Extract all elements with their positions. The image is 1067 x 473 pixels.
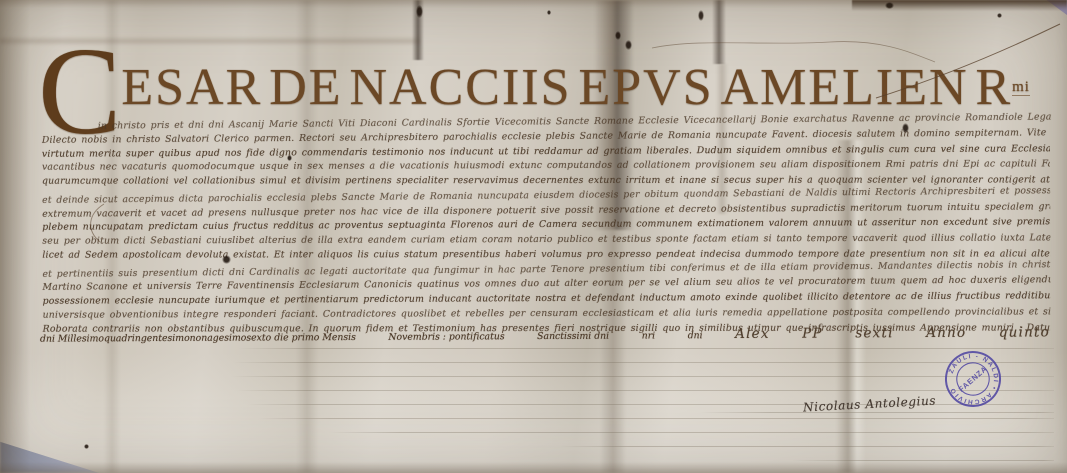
ruled-line: [259, 418, 1054, 419]
stamp-center-text: FAENZA: [957, 364, 989, 394]
ruled-line: [792, 460, 1054, 461]
dateline-segment: nri: [642, 330, 655, 341]
ruled-line: [700, 412, 1054, 413]
ruled-line: [236, 390, 1054, 391]
archive-stamp: ZAULI - NALDI • ARCHIVIO FAENZA: [939, 345, 1008, 414]
dateline-segment: Alex: [735, 326, 770, 342]
manuscript-text-line: universisque obventionibus integre respo…: [43, 307, 1051, 320]
dateline-segment: dni: [688, 330, 703, 341]
dateline-segment: PP: [802, 326, 823, 342]
dateline-segment: dni Millesimoquadringentesimononagesimos…: [40, 332, 356, 345]
dateline-segment: Anno: [926, 325, 966, 341]
dateline-segment: Novembris : pontificatus: [388, 331, 504, 343]
ruled-line: [560, 446, 1054, 447]
manuscript-text-line: vacantibus nec vacaturis quomodocumque u…: [42, 160, 1050, 173]
dateline-segment: sexti: [855, 325, 893, 341]
manuscript-text-line: seu per obitum dicti Sebastiani cuiuslib…: [42, 233, 1050, 246]
dateline-segment: Sanctissimi dni: [537, 331, 609, 342]
manuscript-text-line: plebem nuncupatam predictam cuius fructu…: [42, 218, 1050, 233]
ruled-line: [231, 376, 1054, 377]
manuscript-body: in christo pris et dni dni Ascanij Marie…: [39, 0, 1053, 350]
manuscript-text-line: licet ad Sedem apostolicam devoluta exis…: [42, 249, 1050, 260]
ruled-line: [330, 432, 1054, 433]
manuscript-text-line: possessionem ecclesie nuncupate iuriumqu…: [43, 291, 1051, 306]
manuscript-text-line: virtutum merita super quibus apud nos fi…: [42, 144, 1050, 159]
ruled-line: [233, 362, 1054, 363]
dateline-segment: quinto: [999, 324, 1050, 340]
parchment-document-photo: CESAR DE NACCIIS EPVS AMELIEN Rmi in chr…: [0, 0, 1067, 473]
manuscript-text-line: quarumcumque collationi vel collationibu…: [42, 175, 1050, 186]
